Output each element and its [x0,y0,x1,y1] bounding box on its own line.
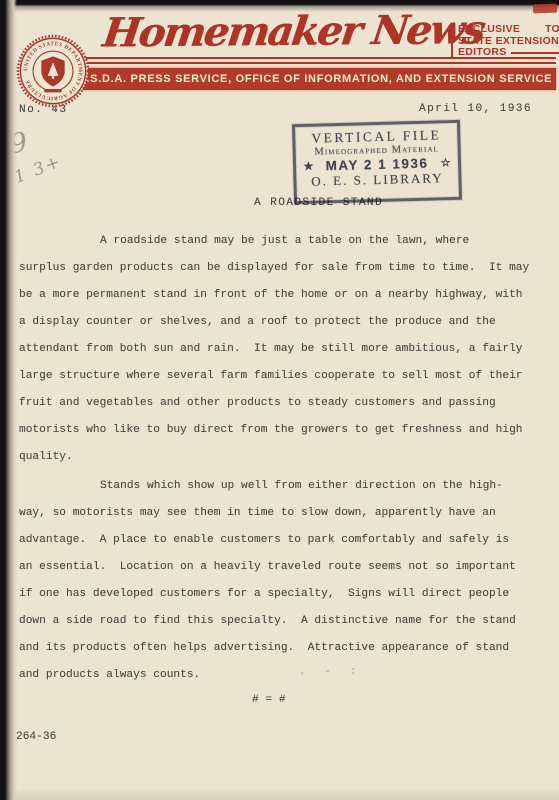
page-scan: U.S.D.A. PRESS SERVICE, OFFICE OF INFORM… [0,0,559,800]
exclusive-line: EDITORS [458,47,559,59]
exclusive-note: EXCLUSIVE TO STATE EXTENSION EDITORS [451,24,559,59]
document-number: 264-36 [16,731,56,743]
usda-banner: U.S.D.A. PRESS SERVICE, OFFICE OF INFORM… [34,68,556,90]
issue-date: April 10, 1936 [419,103,532,115]
stamp-line-library: O. E. S. LIBRARY [296,170,458,190]
usda-seal-icon: UNITED STATES DEPARTMENT OF AGRICULTURE [16,34,90,108]
library-stamp: VERTICAL FILE Mimeographed Material ★ MA… [292,120,462,204]
masthead-rule [68,62,556,64]
exclusive-line: EXCLUSIVE TO [458,24,559,36]
exclusive-word: EXCLUSIVE [458,24,520,36]
corner-red-mark [533,4,557,14]
page-edge-bottom [0,788,559,800]
banner-text: U.S.D.A. PRESS SERVICE, OFFICE OF INFORM… [78,73,552,85]
end-mark: # = # [252,694,286,706]
article-paragraph: A roadside stand may be just a table on … [19,228,549,471]
stray-marks: . - : [299,666,363,678]
star-icon: ☆ [441,157,451,169]
exclusive-word: TO [545,24,559,36]
dash-rule [511,52,559,54]
article-paragraph: Stands which show up well from either di… [19,473,549,689]
masthead-title: Homemaker News [99,6,456,61]
star-icon: ★ [303,161,313,173]
exclusive-word: EDITORS [458,47,507,59]
page-edge-left [0,0,17,800]
